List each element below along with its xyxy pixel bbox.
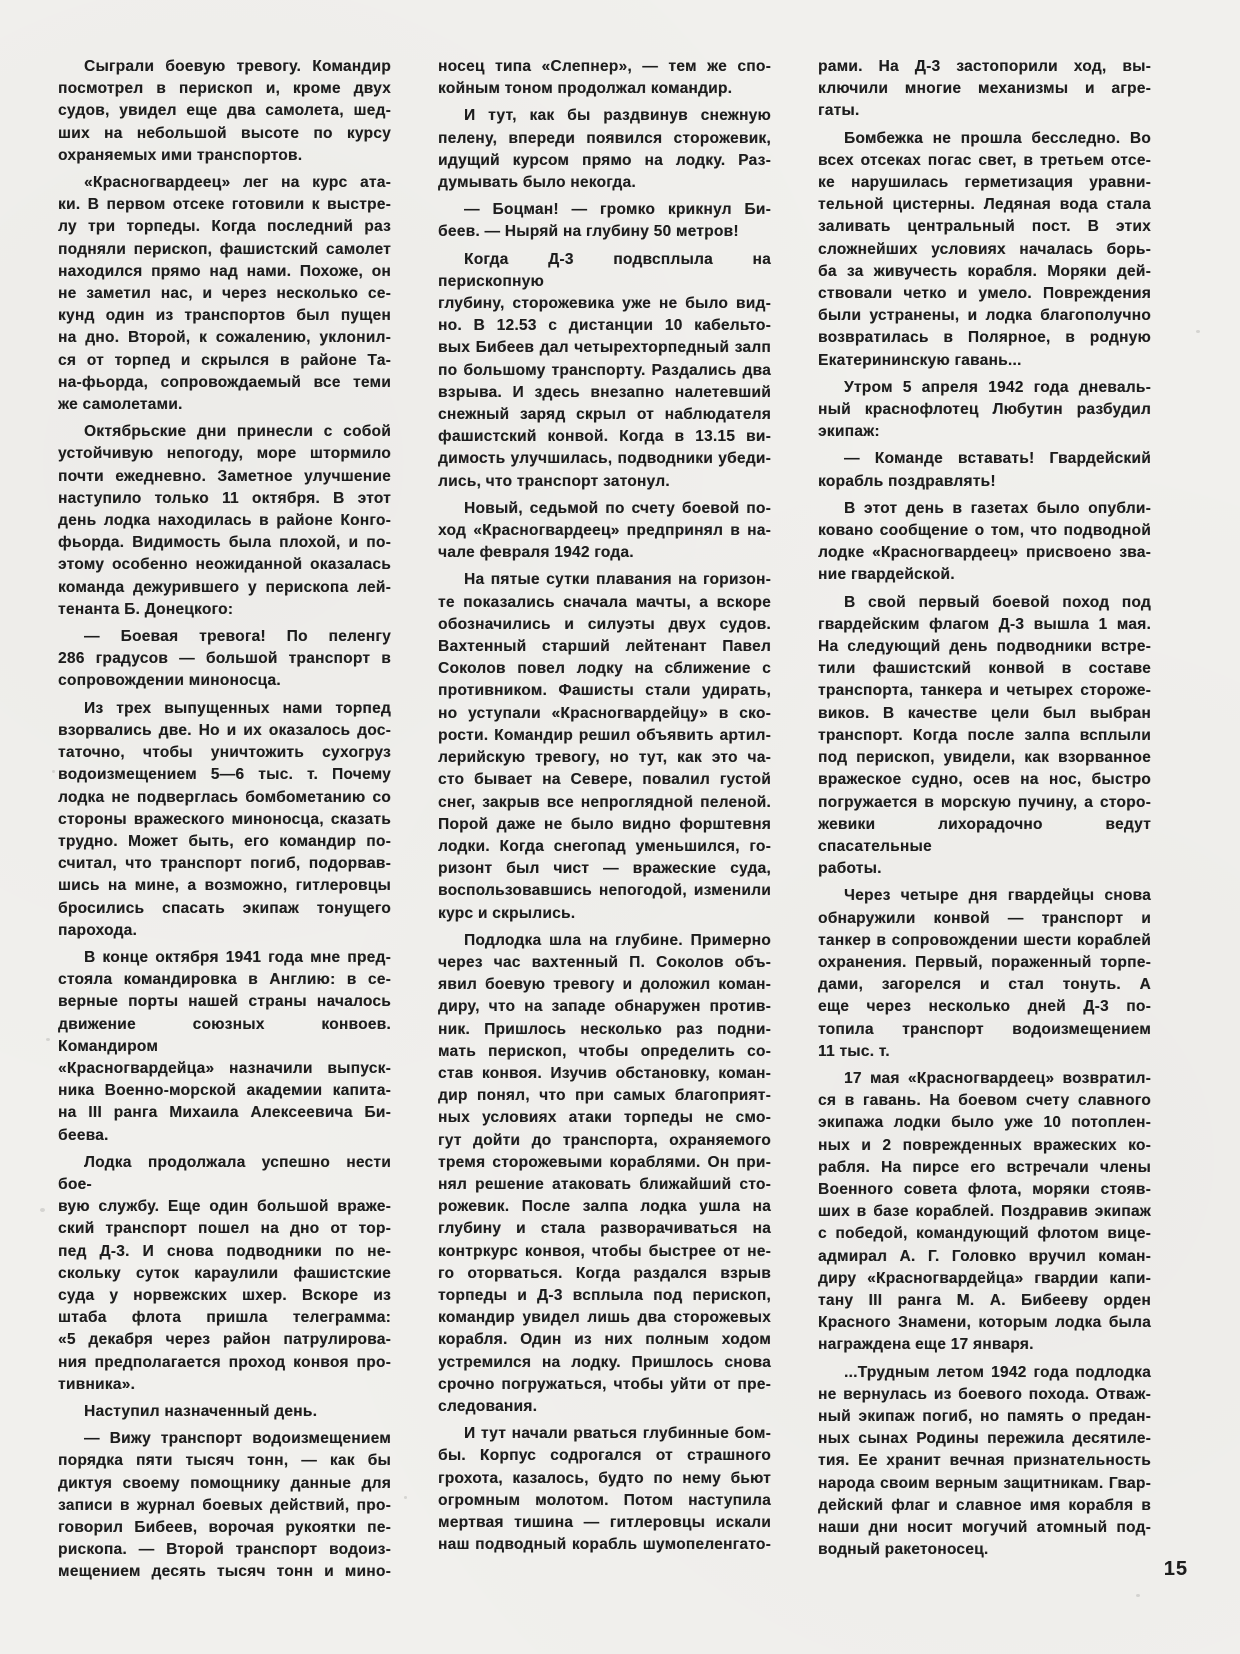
paragraph: Подлодка шла на глубине. Примерночерез ч… xyxy=(438,930,771,1418)
text-line: идущий курсом прямо на лодку. Раз- xyxy=(438,150,771,172)
text-line: — Вижу транспорт водоизмещением xyxy=(58,1428,391,1450)
text-line: Из трех выпущенных нами торпед xyxy=(58,698,391,720)
text-line: Подлодка шла на глубине. Примерно xyxy=(438,930,771,952)
text-line: На пятые сутки плавания на горизон- xyxy=(438,569,771,591)
text-line: взрыва. И здесь внезапно налетевший xyxy=(438,382,771,404)
text-line: Вахтенный старший лейтенант Павел xyxy=(438,636,771,658)
text-line: водный ракетоносец. xyxy=(818,1539,1151,1561)
text-line: парохода. xyxy=(58,920,391,942)
text-line: мещением десять тысяч тонн и мино- xyxy=(58,1561,391,1583)
text-column-3: рами. На Д-3 застопорили ход, вы-ключили… xyxy=(818,56,1151,1561)
text-line: вую службу. Еще один большой враже- xyxy=(58,1196,391,1218)
text-line: рископа. — Второй транспорт водоиз- xyxy=(58,1539,391,1561)
text-line: контркурс конвоя, чтобы быстрее от не- xyxy=(438,1241,771,1263)
text-line: ся от торпед и скрылся в районе Та- xyxy=(58,350,391,372)
text-column-1: Сыграли боевую тревогу. Командирпосмотре… xyxy=(58,56,391,1584)
text-line: Новый, седьмой по счету боевой по- xyxy=(438,498,771,520)
paragraph: В свой первый боевой поход подгвардейски… xyxy=(818,592,1151,881)
text-line: таточно, чтобы уничтожить сухогруз xyxy=(58,742,391,764)
text-line: не вернулась из боевого похода. Отваж- xyxy=(818,1384,1151,1406)
text-line: считал, что транспорт погиб, подорвав- xyxy=(58,853,391,875)
text-line: го оторваться. Когда раздался взрыв xyxy=(438,1263,771,1285)
text-line: адмирал А. Г. Головко вручил коман- xyxy=(818,1246,1151,1268)
text-line: на дно. Второй, к сожалению, уклонил- xyxy=(58,327,391,349)
text-line: На следующий день подводники встре- xyxy=(818,636,1151,658)
paragraph: Наступил назначенный день. xyxy=(58,1401,391,1423)
text-line: под перископ, увидели, как взорванное xyxy=(818,747,1151,769)
text-line: рабля. На пирсе его встречали члены xyxy=(818,1157,1151,1179)
text-line: диру «Красногвардейца» гвардии капи- xyxy=(818,1268,1151,1290)
text-line: ствовали четко и умело. Повреждения xyxy=(818,283,1151,305)
text-line: Наступил назначенный день. xyxy=(58,1401,391,1423)
paragraph: В конце октября 1941 года мне пред-стоял… xyxy=(58,947,391,1147)
paragraph: Лодка продолжала успешно нести бое-вую с… xyxy=(58,1152,391,1396)
text-line: тия. Ее хранит вечная признательность xyxy=(818,1450,1151,1472)
scan-speck xyxy=(40,1208,45,1212)
text-line: Через четыре дня гвардейцы снова xyxy=(818,885,1151,907)
text-line: команда дежурившего у перископа лей- xyxy=(58,577,391,599)
text-line: водоизмещением 5—6 тыс. т. Почему xyxy=(58,764,391,786)
text-line: гут дойти до транспорта, охраняемого xyxy=(438,1130,771,1152)
text-line: ник. Пришлось несколько раз подни- xyxy=(438,1019,771,1041)
text-line: суда у норвежских шхер. Вскоре из xyxy=(58,1285,391,1307)
text-line: носец типа «Слепнер», — тем же спо- xyxy=(438,56,771,78)
paragraph: рами. На Д-3 застопорили ход, вы-ключили… xyxy=(818,56,1151,123)
text-line: танкер в сопровождении шести кораблей xyxy=(818,930,1151,952)
text-line: охранения. Первый, пораженный торпе- xyxy=(818,952,1151,974)
text-line: заливать центральный пост. В этих xyxy=(818,216,1151,238)
text-line: срочно погружаться, чтобы уйти от пре- xyxy=(438,1374,771,1396)
text-line: «5 декабря через район патрулирова- xyxy=(58,1329,391,1351)
text-line: награждена еще 17 января. xyxy=(818,1334,1151,1356)
text-line: — Боцман! — громко крикнул Би- xyxy=(438,199,771,221)
paragraph: И тут, как бы раздвинув снежнуюпелену, в… xyxy=(438,105,771,194)
text-line: гвардейским флагом Д-3 вышла 1 мая. xyxy=(818,614,1151,636)
text-line: по большому транспорту. Раздались два xyxy=(438,360,771,382)
text-line: Лодка продолжала успешно нести бое- xyxy=(58,1152,391,1196)
text-line: ский транспорт пошел на дно от тор- xyxy=(58,1218,391,1240)
text-line: «Красногвардейца» назначили выпуск- xyxy=(58,1058,391,1080)
scan-speck xyxy=(52,770,55,773)
paragraph: Утром 5 апреля 1942 года дневаль-ный кра… xyxy=(818,377,1151,444)
text-line: И тут начали рваться глубинные бом- xyxy=(438,1423,771,1445)
text-line: В этот день в газетах было опубли- xyxy=(818,498,1151,520)
text-line: Утром 5 апреля 1942 года дневаль- xyxy=(818,377,1151,399)
text-line: всех отсеках погас свет, в третьем отсе- xyxy=(818,150,1151,172)
text-line: — Команде вставать! Гвардейский xyxy=(818,448,1151,470)
text-line: работы. xyxy=(818,858,1151,880)
text-line: охраняемых ими транспортов. xyxy=(58,145,391,167)
text-line: штаба флота пришла телеграмма: xyxy=(58,1307,391,1329)
text-line: виков. В качестве цели был выбран xyxy=(818,703,1151,725)
text-line: Октябрьские дни принесли с собой xyxy=(58,421,391,443)
text-line: движение союзных конвоев. Командиром xyxy=(58,1014,391,1058)
text-line: мертвая тишина — гитлеровцы искали xyxy=(438,1512,771,1534)
text-line: Красного Знамени, которым лодка была xyxy=(818,1312,1151,1334)
text-line: транспорта, танкера и четырех стороже- xyxy=(818,680,1151,702)
text-line: ный экипаж погиб, но память о предан- xyxy=(818,1406,1151,1428)
text-line: через час вахтенный П. Соколов объ- xyxy=(438,952,771,974)
paragraph: Из трех выпущенных нами торпедвзорвались… xyxy=(58,698,391,942)
text-line: беев. — Ныряй на глубину 50 метров! xyxy=(438,221,771,243)
scan-speck xyxy=(1136,1594,1140,1597)
text-line: наш подводный корабль шумопеленгато- xyxy=(438,1534,771,1556)
text-line: глубину, сторожевика уже не было вид- xyxy=(438,293,771,315)
text-line: ба за живучесть корабля. Моряки дей- xyxy=(818,261,1151,283)
text-line: стороны вражеского миноносца, сказать xyxy=(58,809,391,831)
text-line: ный краснофлотец Любутин разбудил xyxy=(818,399,1151,421)
text-line: снежный заряд скрыл от наблюдателя xyxy=(438,404,771,426)
scan-speck xyxy=(1196,330,1200,333)
text-line: этому особенно неожиданной оказалась xyxy=(58,554,391,576)
text-line: не заметил нас, и через несколько се- xyxy=(58,283,391,305)
text-line: говорил Бибеев, ворочая рукоятки пе- xyxy=(58,1517,391,1539)
paragraph: И тут начали рваться глубинные бом-бы. К… xyxy=(438,1423,771,1556)
text-line: ших в базе кораблей. Поздравив экипаж xyxy=(818,1201,1151,1223)
text-line: ход «Красногвардеец» предпринял в на- xyxy=(438,520,771,542)
text-line: ся в гавань. На боевом счету славного xyxy=(818,1090,1151,1112)
text-line: Когда Д-3 подвсплыла на перископную xyxy=(438,249,771,293)
text-line: трудно. Может быть, его командир по- xyxy=(58,831,391,853)
paragraph: — Вижу транспорт водоизмещениемпорядка п… xyxy=(58,1428,391,1583)
text-line: посмотрел в перископ и, кроме двух xyxy=(58,78,391,100)
paragraph: ...Трудным летом 1942 года подлодкане ве… xyxy=(818,1362,1151,1562)
text-line: воспользовавшись непогодой, изменили xyxy=(438,880,771,902)
text-line: Бомбежка не прошла бесследно. Во xyxy=(818,128,1151,150)
paragraph: На пятые сутки плавания на горизон-те по… xyxy=(438,569,771,924)
text-line: димость улучшилась, подводники убеди- xyxy=(438,448,771,470)
text-line: корабля. Один из них полным ходом xyxy=(438,1329,771,1351)
text-line: тили фашистский конвой в составе xyxy=(818,658,1151,680)
text-line: дейский флаг и славное имя корабля в xyxy=(818,1495,1151,1517)
text-line: те показались сначала мачты, а вскоре xyxy=(438,592,771,614)
text-line: беева. xyxy=(58,1125,391,1147)
text-line: койным тоном продолжал командир. xyxy=(438,78,771,100)
text-line: корабль поздравлять! xyxy=(818,471,1151,493)
text-line: ризонт был чист — вражеские суда, xyxy=(438,858,771,880)
text-line: же самолетами. xyxy=(58,394,391,416)
text-line: ных и 2 поврежденных вражеских ко- xyxy=(818,1135,1151,1157)
text-line: 11 тыс. т. xyxy=(818,1041,1151,1063)
text-line: диру, что на западе обнаружен против- xyxy=(438,996,771,1018)
text-line: наступило только 11 октября. В этот xyxy=(58,488,391,510)
text-line: ника Военно-морской академии капита- xyxy=(58,1080,391,1102)
text-line: были устранены, и лодка благополучно xyxy=(818,305,1151,327)
text-line: жевики лихорадочно ведут спасательные xyxy=(818,814,1151,858)
text-line: ...Трудным летом 1942 года подлодка xyxy=(818,1362,1151,1384)
text-line: ших на небольшой высоте по курсу xyxy=(58,123,391,145)
text-line: глубину и стала разворачиваться на xyxy=(438,1218,771,1240)
text-line: огромным молотом. Потом наступила xyxy=(438,1490,771,1512)
paragraph: В этот день в газетах было опубли-ковано… xyxy=(818,498,1151,587)
text-line: верные порты нашей страны началось xyxy=(58,991,391,1013)
paragraph: — Боевая тревога! По пеленгу286 градусов… xyxy=(58,626,391,693)
text-line: думывать было некогда. xyxy=(438,172,771,194)
text-line: бы. Корпус содрогался от страшного xyxy=(438,1445,771,1467)
text-line: пед Д-3. И снова подводники по не- xyxy=(58,1241,391,1263)
text-line: следования. xyxy=(438,1396,771,1418)
text-line: Екатерининскую гавань... xyxy=(818,350,1151,372)
text-line: ния предполагается проход конвоя про- xyxy=(58,1352,391,1374)
text-line: вых Бибеев дал четырехторпедный залп xyxy=(438,337,771,359)
paragraph: носец типа «Слепнер», — тем же спо-койны… xyxy=(438,56,771,100)
text-line: снег, закрыв все непроглядной пеленой. xyxy=(438,792,771,814)
scan-speck xyxy=(404,1496,407,1499)
text-line: топила транспорт водоизмещением xyxy=(818,1019,1151,1041)
text-line: Военного совета флота, моряки стояв- xyxy=(818,1179,1151,1201)
text-line: явил боевую тревогу и доложил коман- xyxy=(438,974,771,996)
text-line: лу три торпеды. Когда последний раз xyxy=(58,216,391,238)
text-line: ных сынах Родины пережила десятиле- xyxy=(818,1428,1151,1450)
text-line: записи в журнал боевых действий, про- xyxy=(58,1495,391,1517)
text-line: фашистский конвой. Когда в 13.15 ви- xyxy=(438,426,771,448)
text-line: нял решение атаковать ближайший сто- xyxy=(438,1174,771,1196)
text-line: чале февраля 1942 года. xyxy=(438,542,771,564)
text-line: судов, увидел еще два самолета, шед- xyxy=(58,100,391,122)
paragraph: — Боцман! — громко крикнул Би-беев. — Ны… xyxy=(438,199,771,243)
text-line: фьорда. Видимость была плохой, и по- xyxy=(58,532,391,554)
text-line: Порой даже не было видно форштевня xyxy=(438,814,771,836)
text-line: устойчивую непогоду, море штормило xyxy=(58,443,391,465)
text-line: тельной цистерны. Ледяная вода стала xyxy=(818,194,1151,216)
text-line: вражеское судно, осев на нос, быстро xyxy=(818,769,1151,791)
text-line: ке нарушилась герметизация уравни- xyxy=(818,172,1151,194)
text-line: грохота, казалось, будто по нему бьют xyxy=(438,1468,771,1490)
text-line: — Боевая тревога! По пеленгу xyxy=(58,626,391,648)
text-line: сложнейших условиях началась борь- xyxy=(818,239,1151,261)
page-number: 15 xyxy=(1120,1558,1188,1581)
text-line: дами, загорелся и стал тонуть. А xyxy=(818,974,1151,996)
text-line: находился прямо над нами. Похоже, он xyxy=(58,261,391,283)
text-line: подняли перископ, фашистский самолет xyxy=(58,239,391,261)
text-line: рожевик. После залпа лодка ушла на xyxy=(438,1196,771,1218)
text-line: 286 градусов — большой транспорт в xyxy=(58,648,391,670)
text-line: ковано сообщение о том, что подводной xyxy=(818,520,1151,542)
text-line: дир понял, что при самых благоприят- xyxy=(438,1085,771,1107)
paragraph: Когда Д-3 подвсплыла на перископнуюглуби… xyxy=(438,249,771,493)
text-line: погружается в морскую пучину, а сторо- xyxy=(818,792,1151,814)
paragraph: «Красногвардеец» лег на курс ата-ки. В п… xyxy=(58,172,391,416)
paragraph: Сыграли боевую тревогу. Командирпосмотре… xyxy=(58,56,391,167)
paragraph: 17 мая «Красногвардеец» возвратил-ся в г… xyxy=(818,1068,1151,1357)
text-line: командир увидел лишь два сторожевых xyxy=(438,1307,771,1329)
paragraph: Октябрьские дни принесли с собойустойчив… xyxy=(58,421,391,621)
text-line: народа своим верным защитникам. Гвар- xyxy=(818,1473,1151,1495)
text-line: скольку суток караулили фашистские xyxy=(58,1263,391,1285)
paragraph: Новый, седьмой по счету боевой по-ход «К… xyxy=(438,498,771,565)
text-line: сопровождении миноносца. xyxy=(58,670,391,692)
text-line: на III ранга Михаила Алексеевича Би- xyxy=(58,1102,391,1124)
text-line: И тут, как бы раздвинув снежную xyxy=(438,105,771,127)
text-line: лись, что транспорт затонул. xyxy=(438,471,771,493)
text-line: обозначились и силуэты двух судов. xyxy=(438,614,771,636)
text-line: возвратилась в Полярное, в родную xyxy=(818,327,1151,349)
text-line: экипажа лодки было уже 10 потоплен- xyxy=(818,1112,1151,1134)
text-line: лодка не подверглась бомбометанию со xyxy=(58,787,391,809)
paragraph: Бомбежка не прошла бесследно. Вовсех отс… xyxy=(818,128,1151,372)
text-line: на-фьорда, сопровождаемый все теми xyxy=(58,372,391,394)
text-line: Соколов повел лодку на сближение с xyxy=(438,658,771,680)
text-line: ключили многие механизмы и агре- xyxy=(818,78,1151,100)
text-line: В свой первый боевой поход под xyxy=(818,592,1151,614)
text-line: но. В 12.53 с дистанции 10 кабельто- xyxy=(438,315,771,337)
text-line: тремя сторожевыми кораблями. Он при- xyxy=(438,1152,771,1174)
text-line: ки. В первом отсеке готовили к выстре- xyxy=(58,194,391,216)
text-line: бросились спасать экипаж тонущего xyxy=(58,898,391,920)
text-line: ных условиях атаки торпеды не смо- xyxy=(438,1107,771,1129)
text-line: лодки. Когда снегопад уменьшился, го- xyxy=(438,836,771,858)
text-line: став конвоя. Изучив обстановку, коман- xyxy=(438,1063,771,1085)
text-line: шись на мине, а возможно, гитлеровцы xyxy=(58,875,391,897)
text-line: день лодка находилась в районе Конго- xyxy=(58,510,391,532)
text-line: почти ежедневно. Заметное улучшение xyxy=(58,466,391,488)
text-line: диктуя своему помощнику данные для xyxy=(58,1473,391,1495)
text-line: лодке «Красногвардеец» присвоено зва- xyxy=(818,542,1151,564)
text-line: транспорт. Когда после залпа всплыли xyxy=(818,725,1151,747)
text-line: Сыграли боевую тревогу. Командир xyxy=(58,56,391,78)
text-line: ние гвардейской. xyxy=(818,564,1151,586)
text-line: тивника». xyxy=(58,1374,391,1396)
text-line: 17 мая «Красногвардеец» возвратил- xyxy=(818,1068,1151,1090)
text-line: обнаружили конвой — транспорт и xyxy=(818,908,1151,930)
text-line: стояла командировка в Англию: в се- xyxy=(58,969,391,991)
text-line: рости. Командир решил объявить артил- xyxy=(438,725,771,747)
text-line: пелену, впереди появился сторожевик, xyxy=(438,128,771,150)
text-line: гаты. xyxy=(818,100,1151,122)
text-line: В конце октября 1941 года мне пред- xyxy=(58,947,391,969)
text-line: наши дни носит могучий атомный под- xyxy=(818,1517,1151,1539)
text-line: сто бывает на Севере, повалил густой xyxy=(438,769,771,791)
text-line: торпеды и Д-3 всплыла под перископ, xyxy=(438,1285,771,1307)
paragraph: — Команде вставать! Гвардейскийкорабль п… xyxy=(818,448,1151,492)
text-line: тану III ранга М. А. Бибееву орден xyxy=(818,1290,1151,1312)
text-line: но уступали «Красногвардейцу» в ско- xyxy=(438,703,771,725)
paragraph: Через четыре дня гвардейцы сноваобнаружи… xyxy=(818,885,1151,1063)
text-column-2: носец типа «Слепнер», — тем же спо-койны… xyxy=(438,56,771,1556)
text-line: «Красногвардеец» лег на курс ата- xyxy=(58,172,391,194)
text-line: экипаж: xyxy=(818,421,1151,443)
text-line: мать перископ, чтобы определить со- xyxy=(438,1041,771,1063)
text-line: с победой, командующий флотом вице- xyxy=(818,1223,1151,1245)
magazine-page: Сыграли боевую тревогу. Командирпосмотре… xyxy=(0,0,1240,1654)
text-line: противником. Фашисты стали удирать, xyxy=(438,680,771,702)
text-line: рами. На Д-3 застопорили ход, вы- xyxy=(818,56,1151,78)
text-line: кунд один из транспортов был пущен xyxy=(58,305,391,327)
scan-speck xyxy=(46,1038,50,1041)
text-line: курс и скрылись. xyxy=(438,903,771,925)
text-line: устремился на лодку. Пришлось снова xyxy=(438,1352,771,1374)
text-line: взорвались две. Но и их оказалось дос- xyxy=(58,720,391,742)
text-line: порядка пяти тысяч тонн, — как бы xyxy=(58,1450,391,1472)
text-line: еще через несколько дней Д-3 по- xyxy=(818,996,1151,1018)
text-line: тенанта Б. Донецкого: xyxy=(58,599,391,621)
text-line: лерийскую тревогу, но тут, как это ча- xyxy=(438,747,771,769)
